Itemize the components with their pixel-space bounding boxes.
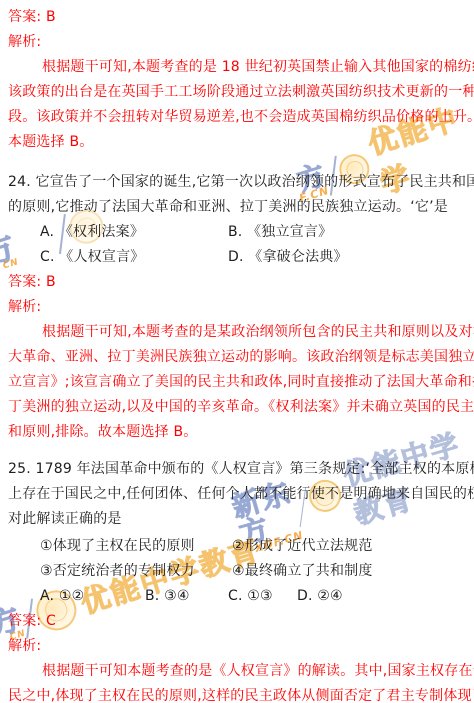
analysis-q23-line-2: 该政策的出台是在英国手工工场阶段通过立法刺激英国纺织技术更新的一种手 (8, 80, 470, 105)
answer-value: B (46, 9, 56, 25)
option-25-b: B. ③④ (145, 584, 228, 609)
analysis-label-q24: 解析: (8, 295, 470, 320)
question-25-stem-line-2: 上存在于国民之中,任何团体、任何个人都不能行使不是明确地来自国民的权力。’ (8, 482, 470, 507)
question-25-stem-line-1: 25. 1789 年法国革命中颁布的《人权宣言》第三条规定:‘全部主权的本原根本 (8, 457, 470, 482)
item-25-4: ④最终确立了共和制度 (232, 563, 373, 579)
option-24-b: B. 《独立宣言》 (228, 224, 332, 240)
question-24-options-row-2: C. 《人权宣言》D. 《拿破仑法典》 (8, 245, 470, 270)
answer-line-q25: 答案: C (8, 609, 470, 634)
answer-value: B (46, 274, 56, 290)
question-25-stem-line-3: 对此解读正确的是 (8, 507, 470, 532)
analysis-q23-line-1: 根据题干可知,本题考查的是 18 世纪初英国禁止输入其他国家的棉纺织品。 (8, 55, 470, 80)
analysis-label-q25: 解析: (8, 634, 470, 659)
exam-document-page: 方 F.CN 优能中学 方 CN 新东方 XDF.CN 优能中学教育 新东方 C… (0, 0, 474, 703)
question-25-items-row-1: ①体现了主权在民的原则②形成了近代立法规范 (8, 534, 470, 559)
option-24-d: D. 《拿破仑法典》 (228, 249, 348, 265)
option-24-c: C. 《人权宣言》 (40, 245, 228, 270)
item-25-3: ③否定统治者的专制权力 (40, 559, 232, 584)
analysis-q25-line-2: 民之中,体现了主权在民的原则,这样的民主政体从侧面否定了君主专制体现了 (8, 684, 470, 703)
analysis-q24-line-5: 和原则,排除。故本题选择 B。 (8, 420, 470, 445)
question-25-options-row: A. ①②B. ③④C. ①③D. ②④ (8, 584, 470, 609)
option-24-a: A. 《权利法案》 (40, 220, 228, 245)
analysis-q23-line-4: 本题选择 B。 (8, 130, 470, 155)
option-25-a: A. ①② (40, 584, 145, 609)
analysis-q24-line-1: 根据题干可知,本题考查的是某政治纲领所包含的民主共和原则以及对法国 (8, 320, 470, 345)
question-24-stem-line-2: 的原则,它推动了法国大革命和亚洲、拉丁美洲的民族独立运动。‘它’是 (8, 195, 470, 220)
analysis-q24-line-3: 立宣言》;该宣言确立了美国的民主共和政体,同时直接推动了法国大革命和拉 (8, 370, 470, 395)
answer-value: C (46, 613, 56, 629)
question-24-options-row-1: A. 《权利法案》B. 《独立宣言》 (8, 220, 470, 245)
analysis-q24-line-2: 大革命、亚洲、拉丁美洲民族独立运动的影响。该政治纲领是标志美国独立的《独 (8, 345, 470, 370)
answer-line-q23: 答案: B (8, 5, 470, 30)
answer-line-q24: 答案: B (8, 270, 470, 295)
document-body: 答案: B 解析: 根据题干可知,本题考查的是 18 世纪初英国禁止输入其他国家… (0, 0, 474, 703)
analysis-label-q23: 解析: (8, 30, 470, 55)
option-25-c: C. ①③ (228, 584, 297, 609)
answer-label: 答案: (8, 274, 41, 290)
option-25-d: D. ②④ (297, 588, 343, 604)
question-24-stem-line-1: 24. 它宣告了一个国家的诞生,它第一次以政治纲领的形式宣布了民主共和国 (8, 170, 470, 195)
question-25-items-row-2: ③否定统治者的专制权力④最终确立了共和制度 (8, 559, 470, 584)
item-25-2: ②形成了近代立法规范 (232, 538, 373, 554)
answer-label: 答案: (8, 613, 41, 629)
analysis-q23-line-3: 段。该政策并不会扭转对华贸易逆差,也不会造成英国棉纺织品价格的上升。故 (8, 105, 470, 130)
answer-label: 答案: (8, 9, 41, 25)
analysis-q24-line-4: 丁美洲的独立运动,以及中国的辛亥革命。《权利法案》并未确立英国的民主共 (8, 395, 470, 420)
item-25-1: ①体现了主权在民的原则 (40, 534, 232, 559)
analysis-q25-line-1: 根据题干可知本题考查的是《人权宣言》的解读。其中,国家主权存在于国 (8, 659, 470, 684)
